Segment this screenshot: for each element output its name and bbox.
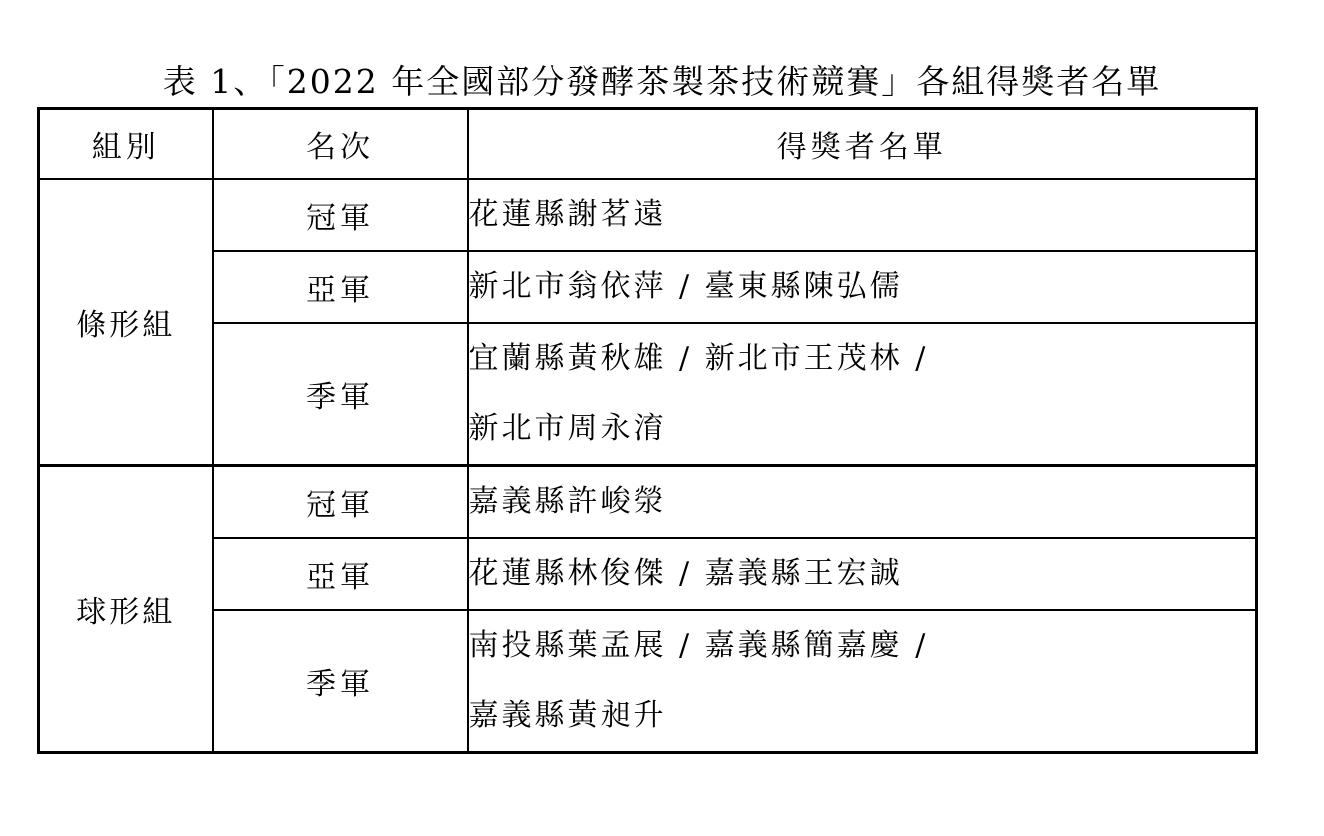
table-row: 季軍 宜蘭縣黃秋雄 / 新北市王茂林 / 新北市周永淯 xyxy=(39,323,1257,466)
winners-cell: 新北市翁依萍 / 臺東縣陳弘儒 xyxy=(468,251,1257,323)
winner-line: 嘉義縣黃昶升 xyxy=(469,681,1256,751)
winners-cell: 花蓮縣林俊傑 / 嘉義縣王宏誠 xyxy=(468,538,1257,610)
winner-line: 宜蘭縣黃秋雄 / 新北市王茂林 / xyxy=(469,324,1256,394)
table-row: 亞軍 花蓮縣林俊傑 / 嘉義縣王宏誠 xyxy=(39,538,1257,610)
winner-line: 新北市翁依萍 / 臺東縣陳弘儒 xyxy=(469,252,1256,322)
rank-cell: 季軍 xyxy=(213,323,468,466)
table-row: 條形組 冠軍 花蓮縣謝茗遠 xyxy=(39,179,1257,251)
header-row: 組別 名次 得獎者名單 xyxy=(39,109,1257,180)
table-row: 季軍 南投縣葉孟展 / 嘉義縣簡嘉慶 / 嘉義縣黃昶升 xyxy=(39,610,1257,753)
winners-cell: 嘉義縣許峻滎 xyxy=(468,466,1257,539)
header-winners: 得獎者名單 xyxy=(468,109,1257,180)
header-group: 組別 xyxy=(39,109,213,180)
header-rank: 名次 xyxy=(213,109,468,180)
rank-cell: 季軍 xyxy=(213,610,468,753)
rank-cell: 亞軍 xyxy=(213,538,468,610)
group-name-cell: 球形組 xyxy=(39,466,213,753)
group-name-cell: 條形組 xyxy=(39,179,213,466)
winner-line: 嘉義縣許峻滎 xyxy=(469,467,1256,537)
winner-line: 花蓮縣林俊傑 / 嘉義縣王宏誠 xyxy=(469,539,1256,609)
rank-cell: 冠軍 xyxy=(213,466,468,539)
table-header: 組別 名次 得獎者名單 xyxy=(39,109,1257,180)
winners-cell: 南投縣葉孟展 / 嘉義縣簡嘉慶 / 嘉義縣黃昶升 xyxy=(468,610,1257,753)
awards-table: 組別 名次 得獎者名單 條形組 冠軍 花蓮縣謝茗遠 亞軍 新北市翁依萍 / 臺東… xyxy=(37,107,1258,754)
group-ball-tea: 球形組 冠軍 嘉義縣許峻滎 亞軍 花蓮縣林俊傑 / 嘉義縣王宏誠 季軍 南投縣葉… xyxy=(39,466,1257,753)
table-row: 亞軍 新北市翁依萍 / 臺東縣陳弘儒 xyxy=(39,251,1257,323)
winners-cell: 花蓮縣謝茗遠 xyxy=(468,179,1257,251)
winner-line: 新北市周永淯 xyxy=(469,394,1256,464)
group-strip-tea: 條形組 冠軍 花蓮縣謝茗遠 亞軍 新北市翁依萍 / 臺東縣陳弘儒 季軍 宜蘭縣黃… xyxy=(39,179,1257,466)
rank-cell: 冠軍 xyxy=(213,179,468,251)
table-caption: 表 1、「2022 年全國部分發酵茶製茶技術競賽」各組得獎者名單 xyxy=(0,60,1324,104)
winner-line: 南投縣葉孟展 / 嘉義縣簡嘉慶 / xyxy=(469,611,1256,681)
table-row: 球形組 冠軍 嘉義縣許峻滎 xyxy=(39,466,1257,539)
winner-line: 花蓮縣謝茗遠 xyxy=(469,180,1256,250)
rank-cell: 亞軍 xyxy=(213,251,468,323)
winners-cell: 宜蘭縣黃秋雄 / 新北市王茂林 / 新北市周永淯 xyxy=(468,323,1257,466)
